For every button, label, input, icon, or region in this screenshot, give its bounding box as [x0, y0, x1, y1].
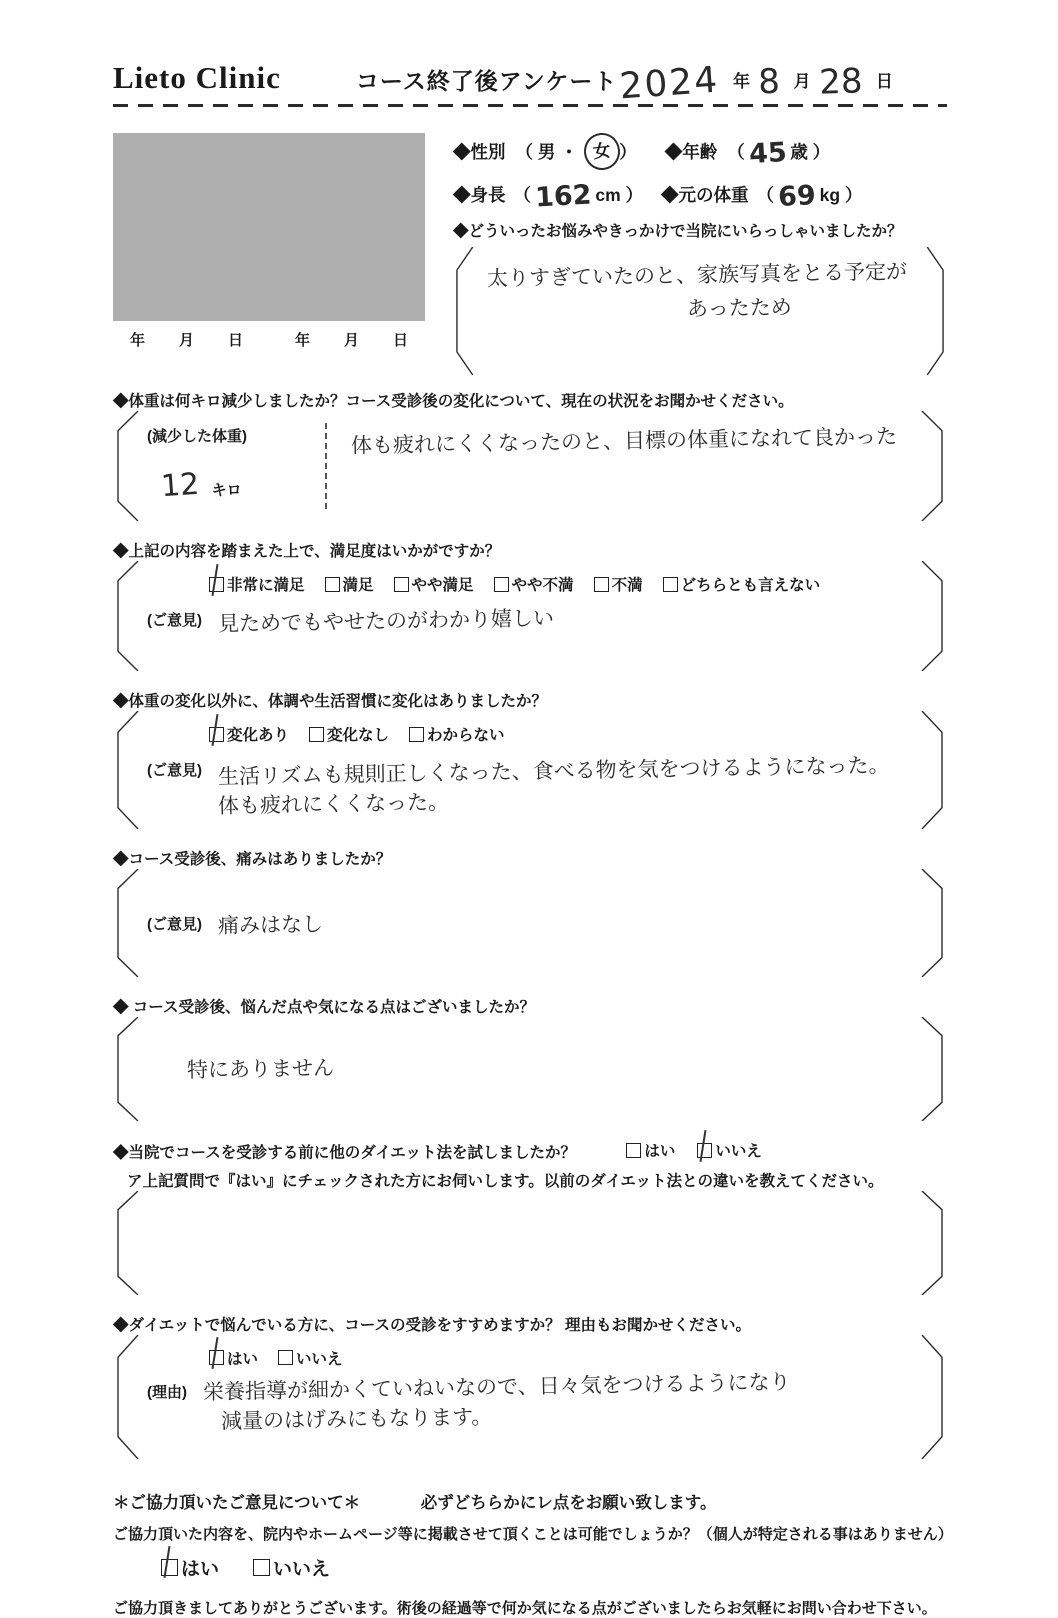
option-label: どちらとも言えない	[681, 573, 821, 595]
age-close-paren: 歳 ）	[790, 139, 830, 164]
gender-label: ◆性別	[453, 139, 506, 164]
day-label: 日	[876, 67, 893, 92]
opinion-label: (ご意見)	[147, 913, 202, 934]
checkbox-unknown-icon	[409, 727, 424, 742]
gender-options-suffix: ）	[619, 139, 637, 164]
pain-answer-box: (ご意見) 痛みはなし	[113, 869, 947, 977]
option-no-change: 変化なし	[309, 723, 389, 745]
recommend-options: はい いいえ	[209, 1347, 913, 1369]
lifestyle-opinion: (ご意見) 生活リズムも規則正しくなった、食べる物を気をつけるようになった。 体…	[147, 755, 913, 820]
consent-question: ご協力頂いた内容を、院内やホームページ等に掲載させて頂くことは可能でしょうか？（…	[113, 1523, 947, 1544]
option-changed: 変化あり	[209, 723, 289, 745]
consent-options: はい いいえ	[161, 1554, 947, 1581]
checkbox-yes-icon	[626, 1143, 641, 1158]
gender-options-prefix: （ 男 ・	[516, 139, 578, 164]
date-label: 月	[327, 329, 376, 350]
lifestyle-answer-box: 変化あり 変化なし わからない (ご意見) 生活リズムも規則正しくなった、食べる…	[113, 711, 947, 829]
month-label: 月	[794, 67, 811, 92]
date-label: 年	[113, 329, 162, 350]
checkbox-somewhat-satisfied-icon	[394, 577, 409, 592]
footer-heading-note: 必ずどちらかにレ点をお願い致します。	[421, 1494, 717, 1512]
lifestyle-question: ◆体重の変化以外に、体調や生活習慣に変化はありましたか？	[113, 689, 947, 711]
redacted-photo	[113, 133, 425, 321]
other-diet-question-row: ◆当院でコースを受診する前に他のダイエット法を試しましたか？ はい いいえ	[113, 1139, 947, 1163]
handwritten-lifestyle-line1: 生活リズムも規則正しくなった、食べる物を気をつけるようになった。	[218, 749, 890, 793]
option-label: わからない	[427, 723, 505, 745]
header: Lieto Clinic コース終了後アンケート 2024 年 8 月 28 日	[113, 46, 947, 96]
age-open-paren: （	[727, 139, 745, 164]
checkbox-changed-icon	[209, 727, 224, 742]
handwritten-recommend-line1: 栄養指導が細かくていねいなので、日々気をつけるようになり	[203, 1365, 791, 1408]
option-label: 変化あり	[227, 723, 289, 745]
survey-page: Lieto Clinic コース終了後アンケート 2024 年 8 月 28 日…	[113, 0, 947, 1618]
handwritten-lifestyle-line2: 体も疲れにくくなった。	[218, 786, 450, 823]
photo-date-labels: 年 月 日 年 月 日	[113, 329, 425, 350]
handwritten-height: 162	[534, 180, 592, 214]
opinion-label: (ご意見)	[147, 609, 202, 630]
checkbox-dissatisfied-icon	[594, 577, 609, 592]
handwritten-weight-comment: 体も疲れにくくなったのと、目標の体重になれて良かった	[351, 420, 897, 462]
height-weight-row: ◆身長 （ 162 cm ） ◆元の体重 （ 69 kg ）	[453, 179, 947, 210]
handwritten-year: 2024	[619, 60, 721, 108]
option-label: やや満足	[412, 573, 474, 595]
other-diet-options: はい いいえ	[626, 1139, 784, 1161]
option-label: はい	[644, 1139, 675, 1161]
option-unknown: わからない	[409, 723, 505, 745]
other-diet-followup: ア上記質問で『はい』にチェックされた方にお伺いします。以前のダイエット法との違い…	[127, 1169, 947, 1191]
satisfaction-answer-box: 非常に満足 満足 やや満足 やや不満 不満 どちらとも言えない (ご意見) 見た…	[113, 561, 947, 671]
option-satisfied: 満足	[325, 573, 374, 595]
year-label: 年	[733, 67, 750, 92]
option-neutral: どちらとも言えない	[663, 573, 821, 595]
profile-column: ◆性別 （ 男 ・ 女 ） ◆年齢 （ 45 歳 ） ◆身長 （ 162 cm …	[425, 133, 947, 375]
pain-question: ◆コース受診後、痛みはありましたか？	[113, 847, 947, 869]
gender-age-row: ◆性別 （ 男 ・ 女 ） ◆年齢 （ 45 歳 ）	[453, 133, 947, 170]
top-section: 年 月 日 年 月 日 ◆性別 （ 男 ・ 女 ） ◆年齢 （ 45 歳 ） ◆	[113, 133, 947, 375]
option-label: いいえ	[273, 1554, 330, 1581]
handwritten-satisfaction-comment: 見ためでもやせたのがわかり嬉しい	[218, 602, 555, 640]
checkbox-satisfied-icon	[325, 577, 340, 592]
option-no: いいえ	[697, 1139, 762, 1161]
handwritten-concern-answer: 特にありません	[187, 1052, 335, 1087]
option-dissatisfied: 不満	[594, 573, 643, 595]
option-yes: はい	[209, 1347, 258, 1369]
option-label: 変化なし	[327, 723, 389, 745]
handwritten-age: 45	[748, 137, 787, 170]
weight-answer-box: (減少した体重) 12 キロ 体も疲れにくくなったのと、目標の体重になれて良かっ…	[113, 411, 947, 521]
age-label: ◆年齢	[665, 139, 718, 164]
weight-close-paren: kg ）	[820, 182, 863, 207]
reason-question: ◆どういったお悩みやきっかけで当院にいらっしゃいましたか？	[453, 219, 947, 241]
lifestyle-options: 変化あり 変化なし わからない	[209, 723, 913, 745]
opinion-label: (ご意見)	[147, 759, 202, 780]
satisfaction-opinion: (ご意見) 見ためでもやせたのがわかり嬉しい	[147, 605, 913, 638]
checkbox-no-icon	[697, 1143, 712, 1158]
lost-weight-label: (減少した体重)	[147, 425, 315, 446]
option-label: いいえ	[296, 1347, 343, 1369]
header-date: 2024 年 8 月 28 日	[619, 55, 901, 96]
original-weight-label: ◆元の体重	[661, 182, 749, 207]
height-label: ◆身長	[453, 182, 506, 207]
handwritten-day: 28	[818, 61, 863, 102]
header-divider	[113, 104, 947, 107]
page-title: コース終了後アンケート	[356, 63, 617, 96]
recommend-question: ◆ダイエットで悩んでいる方に、コースの受診をすすめますか？ 理由もお聞かせくださ…	[113, 1313, 947, 1335]
lost-weight-column: (減少した体重) 12 キロ	[147, 423, 327, 509]
option-label: 満足	[343, 573, 374, 595]
option-yes: はい	[161, 1554, 219, 1581]
handwritten-pain-comment: 痛みはなし	[218, 908, 324, 942]
height-open-paren: （	[514, 182, 532, 207]
kilo-unit-label: キロ	[212, 482, 242, 499]
checkbox-yes-icon	[161, 1559, 178, 1576]
checkbox-very-satisfied-icon	[209, 577, 224, 592]
option-no: いいえ	[253, 1554, 330, 1581]
option-very-satisfied: 非常に満足	[209, 573, 305, 595]
handwritten-reason-line2: あったため	[687, 291, 792, 325]
option-somewhat-dissatisfied: やや不満	[494, 573, 574, 595]
weight-open-paren: （	[757, 182, 775, 207]
option-label: いいえ	[715, 1139, 762, 1161]
checkbox-somewhat-dissatisfied-icon	[494, 577, 509, 592]
other-diet-answer-box	[113, 1191, 947, 1295]
other-diet-question: ◆当院でコースを受診する前に他のダイエット法を試しましたか？	[113, 1145, 576, 1162]
option-no: いいえ	[278, 1347, 343, 1369]
handwritten-lost-kilos: 12	[160, 467, 201, 505]
weight-comment-area: 体も疲れにくくなったのと、目標の体重になれて良かった	[327, 423, 913, 509]
footer-heading-row: ＊ご協力頂いたご意見について＊ 必ずどちらかにレ点をお願い致します。	[113, 1489, 947, 1513]
satisfaction-question: ◆上記の内容を踏まえた上で、満足度はいかがですか？	[113, 539, 947, 561]
checkbox-yes-icon	[209, 1350, 224, 1365]
recommend-reason: (理由) 栄養指導が細かくていねいなので、日々気をつけるようになり 減量のはげみ…	[147, 1371, 913, 1436]
pain-opinion: (ご意見) 痛みはなし	[147, 909, 913, 942]
concern-question: ◆ コース受診後、悩んだ点や気になる点はございましたか？	[113, 995, 947, 1017]
checkbox-neutral-icon	[663, 577, 678, 592]
answer-brackets	[113, 1191, 947, 1295]
gender-selected-circle: 女	[582, 131, 621, 172]
date-label: 日	[376, 329, 425, 350]
concern-answer-box: 特にありません	[113, 1017, 947, 1121]
weight-question: ◆体重は何キロ減少しましたか？コース受診後の変化について、現在の状況をお聞かせく…	[113, 389, 947, 411]
thanks-message: ご協力頂きましてありがとうございます。術後の経過等で何か気になる点がございました…	[113, 1597, 947, 1618]
reason-label: (理由)	[147, 1381, 187, 1402]
option-label: はい	[181, 1554, 219, 1581]
checkbox-no-icon	[278, 1350, 293, 1365]
recommend-answer-box: はい いいえ (理由) 栄養指導が細かくていねいなので、日々気をつけるようになり…	[113, 1335, 947, 1459]
option-label: 非常に満足	[227, 573, 305, 595]
option-yes: はい	[626, 1139, 675, 1161]
checkbox-no-change-icon	[309, 727, 324, 742]
height-close-paren: cm ）	[595, 182, 643, 207]
option-somewhat-satisfied: やや満足	[394, 573, 474, 595]
photo-column: 年 月 日 年 月 日	[113, 133, 425, 375]
satisfaction-options: 非常に満足 満足 やや満足 やや不満 不満 どちらとも言えない	[209, 573, 913, 595]
checkbox-no-icon	[253, 1559, 270, 1576]
option-label: 不満	[612, 573, 643, 595]
lost-weight-value: 12 キロ	[161, 468, 315, 503]
option-label: やや不満	[512, 573, 574, 595]
clinic-logo-text: Lieto Clinic	[113, 60, 281, 96]
handwritten-month: 8	[757, 62, 780, 103]
date-label: 月	[162, 329, 211, 350]
date-label: 日	[211, 329, 260, 350]
handwritten-original-weight: 69	[777, 180, 816, 213]
option-label: はい	[227, 1347, 258, 1369]
handwritten-reason-line1: 太りすぎていたのと、家族写真をとる予定が	[487, 255, 908, 295]
date-label: 年	[278, 329, 327, 350]
reason-answer-box: 太りすぎていたのと、家族写真をとる予定が あったため	[453, 247, 947, 375]
footer-heading: ＊ご協力頂いたご意見について＊	[113, 1494, 360, 1512]
handwritten-recommend-line2: 減量のはげみにもなります。	[221, 1401, 493, 1438]
